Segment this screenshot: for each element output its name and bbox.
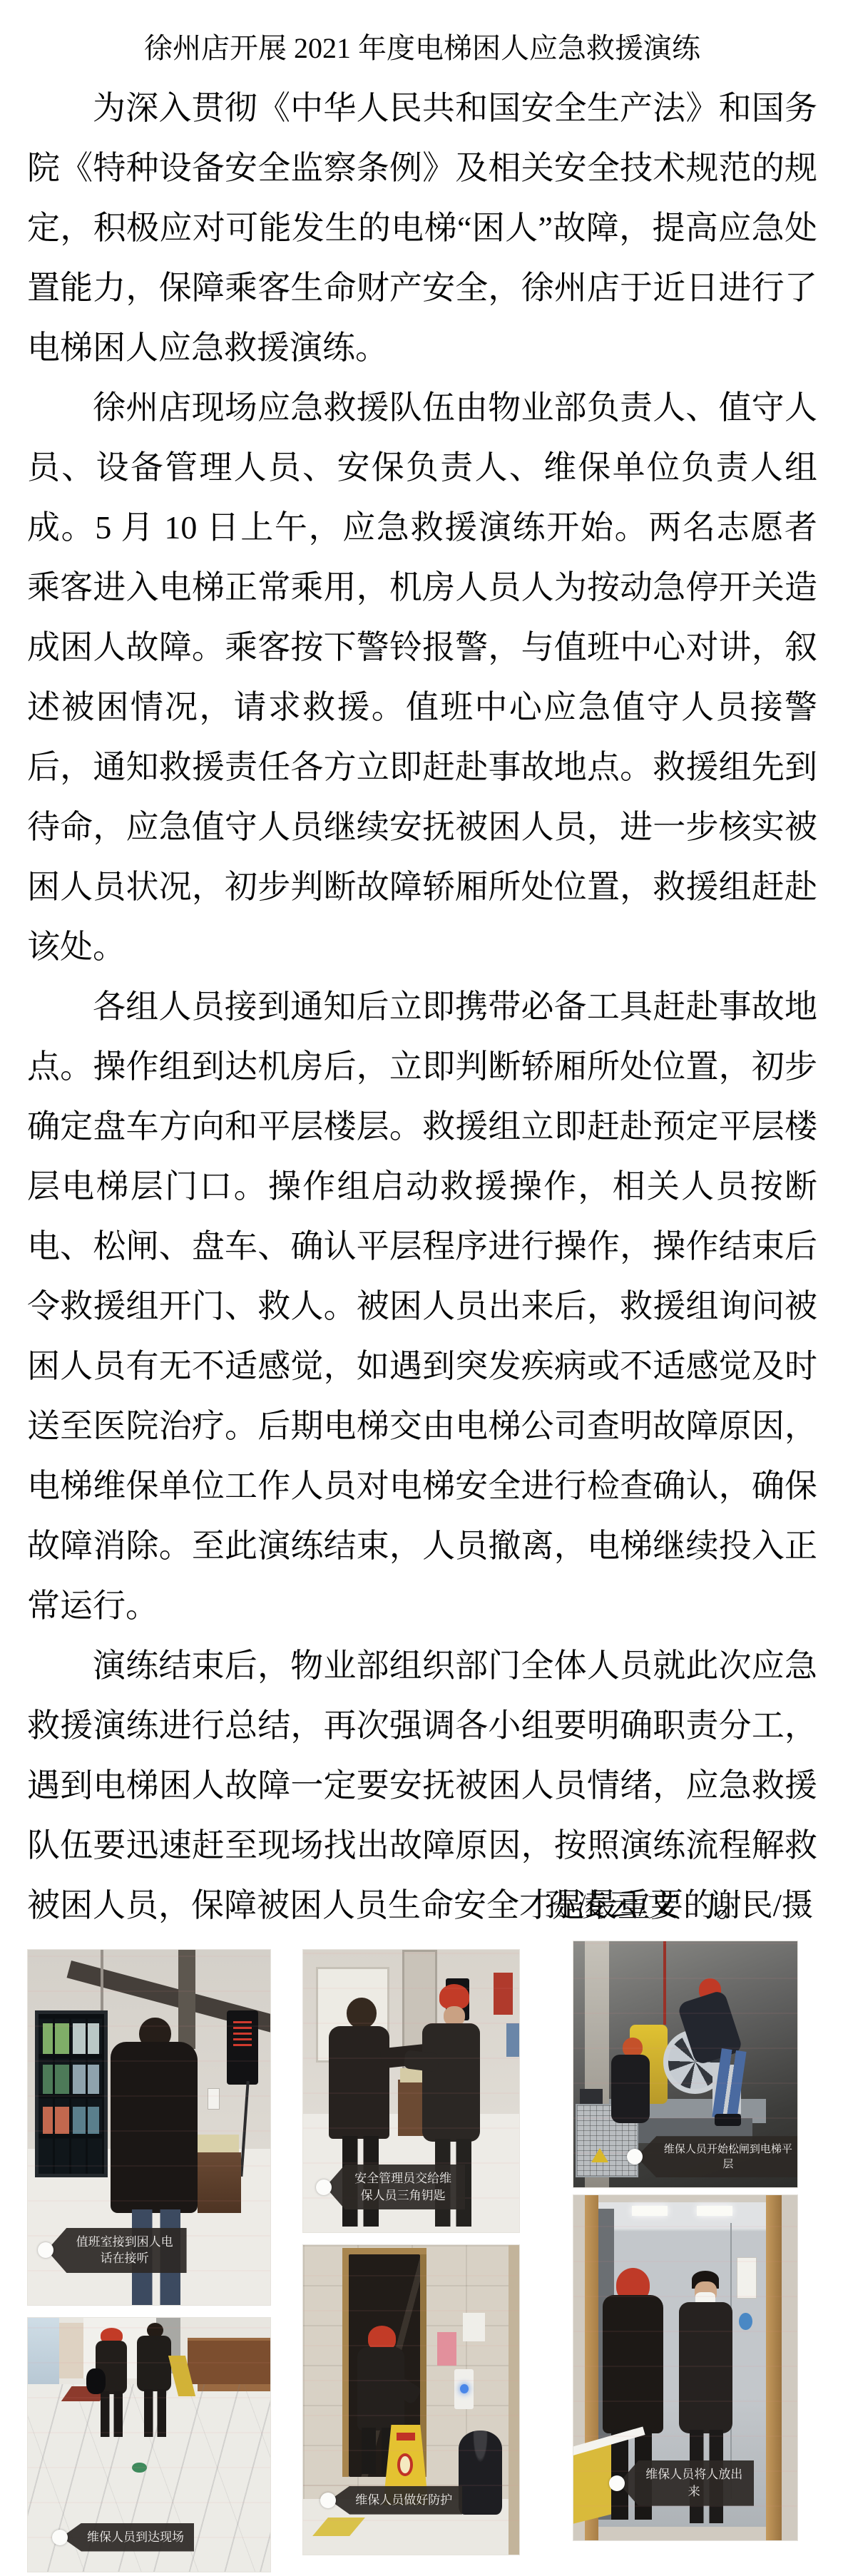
wall-sticker — [437, 2332, 456, 2366]
warning-triangle-sticker — [591, 2148, 608, 2162]
call-button-lit — [460, 2384, 469, 2393]
storefront-poster — [59, 2323, 83, 2378]
photo-caption: 安全管理员交给维保人员三角钥匙 — [325, 2164, 465, 2210]
wall-intercom-phone — [227, 2010, 258, 2085]
photo-protection-setup: 维保人员做好防护 — [303, 2245, 519, 2555]
wooden-counter — [188, 2338, 270, 2383]
paragraph-1: 为深入贯彻《中华人民共和国安全生产法》和国务院《特种设备安全监察条例》及相关安全… — [27, 78, 817, 378]
photo-caption: 值班室接到困人电话在接听 — [47, 2228, 187, 2274]
photo-key-handover: 安全管理员交给维保人员三角钥匙 — [303, 1950, 519, 2232]
photo-machine-room: 维保人员开始松闸到电梯平层 — [573, 1941, 797, 2187]
cctv-cell — [73, 2023, 99, 2055]
conduit-pipe — [101, 1950, 103, 2014]
caption-dot-icon — [316, 2179, 332, 2195]
caption-tag: 维保人员到达现场 — [52, 2523, 194, 2552]
photo-arrival-on-site: 维保人员到达现场 — [28, 2318, 270, 2572]
wood-door-frame — [766, 2195, 782, 2540]
red-sign — [494, 1973, 513, 2015]
wall-plate — [463, 2313, 484, 2341]
caption-dot-icon — [609, 2475, 625, 2491]
cctv-cell — [73, 2065, 99, 2097]
caption-dot-icon — [38, 2242, 53, 2258]
photo-caption: 维保人员到达现场 — [61, 2523, 194, 2552]
photo-caption: 维保人员开始松闸到电梯平层 — [636, 2136, 797, 2177]
wooden-pedestal — [198, 2152, 241, 2213]
photo-caption: 维保人员将人放出来 — [618, 2460, 754, 2506]
paragraph-3: 各组人员接到通知后立即携带必备工具赶赴事故地点。操作组到达机房后，立即判断轿厢所… — [27, 977, 817, 1636]
worker-silhouette — [422, 2023, 481, 2142]
storefront-poster — [28, 2318, 59, 2384]
round-sticker — [739, 2313, 752, 2330]
worker-helmet — [439, 1984, 469, 2010]
red-cable — [663, 1941, 666, 2025]
cctv-monitor-wall — [35, 2010, 108, 2177]
tool-bag — [86, 2368, 106, 2394]
photo-caption: 维保人员做好防护 — [329, 2486, 462, 2515]
caption-dot-icon — [320, 2493, 336, 2508]
paragraph-2: 徐州店现场应急救援队伍由物业部负责人、值守人员、设备管理人员、安保负责人、维保单… — [27, 378, 817, 977]
caption-tag: 维保人员将人放出来 — [609, 2460, 754, 2506]
caption-tag: 值班室接到困人电话在接听 — [38, 2228, 187, 2274]
cab-info-plate — [737, 2257, 757, 2299]
worker-silhouette — [611, 2055, 649, 2124]
scanned-document-page: 徐州店开展 2021 年度电梯困人应急救援演练 为深入贯彻《中华人民共和国安全生… — [0, 0, 843, 2576]
page-title: 徐州店开展 2021 年度电梯困人应急救援演练 — [27, 19, 817, 78]
photo-duty-room-call: 值班室接到困人电话在接听 — [28, 1950, 270, 2305]
ceiling-light — [697, 2206, 732, 2217]
worker-shoe — [715, 2114, 742, 2126]
photo-collage: 值班室接到困人电话在接听 安全管理员交给维保人员三角钥 — [27, 1938, 817, 2576]
manager-silhouette — [329, 2026, 389, 2139]
worker-arm — [404, 2050, 440, 2072]
pillar — [178, 1950, 195, 2049]
worker-silhouette — [137, 2336, 171, 2391]
worker-silhouette — [603, 2295, 663, 2433]
cctv-cell — [43, 2065, 69, 2097]
cctv-cell — [43, 2107, 69, 2135]
caption-tag: 维保人员做好防护 — [320, 2486, 462, 2515]
cctv-cell — [43, 2023, 69, 2055]
trash-bin — [459, 2431, 502, 2514]
caption-dot-icon — [52, 2530, 68, 2545]
cctv-cell — [73, 2107, 99, 2135]
blue-cabinet — [506, 2023, 519, 2058]
wall-outlet — [208, 2088, 220, 2110]
ceiling-light — [632, 2206, 668, 2217]
passenger-silhouette — [679, 2302, 732, 2433]
caption-dot-icon — [627, 2149, 643, 2164]
caption-tag: 安全管理员交给维保人员三角钥匙 — [316, 2164, 465, 2210]
manager-head — [347, 1998, 377, 2029]
floor-sticker — [132, 2463, 146, 2473]
attendant-silhouette — [111, 2042, 198, 2212]
photo-person-release: 维保人员将人放出来 — [573, 2195, 797, 2540]
elevator-frame — [342, 2254, 349, 2477]
worker-legs — [144, 2389, 166, 2438]
caption-tag: 维保人员开始松闸到电梯平层 — [627, 2136, 797, 2177]
marble-column — [509, 2245, 519, 2555]
worker-legs — [101, 2391, 123, 2437]
